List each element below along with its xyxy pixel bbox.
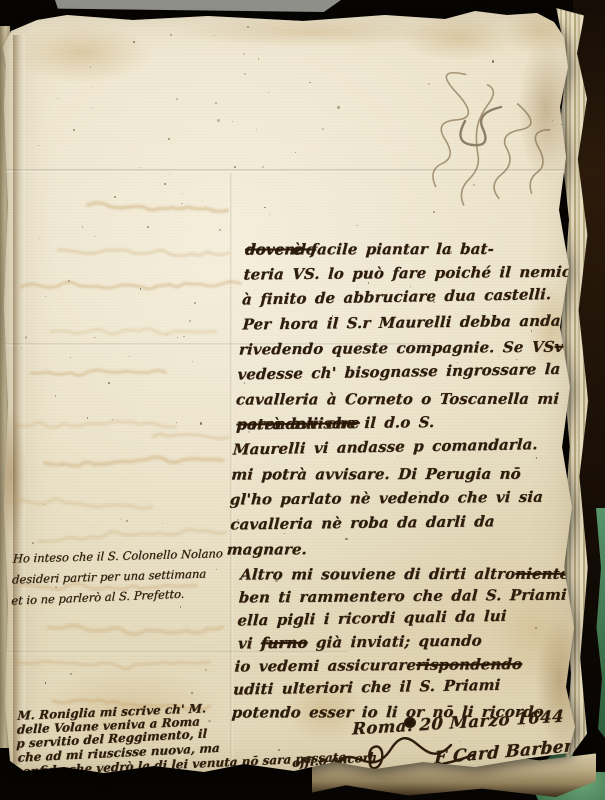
speckle: [140, 288, 142, 290]
speckle: [120, 519, 121, 520]
letter-body-paragraph-1: dovendo dove è facile piantar la bat-ter…: [226, 234, 592, 562]
speckle: [133, 41, 135, 43]
letter-page-wrap: dovendo dove è facile piantar la bat-ter…: [3, 5, 583, 777]
speckle: [62, 465, 63, 466]
speckle: [73, 129, 75, 131]
scanned-manuscript-photo: dovendo dove è facile piantar la bat-ter…: [0, 0, 605, 800]
speckle: [356, 225, 358, 227]
speckle: [164, 183, 166, 185]
speckle: [38, 145, 39, 146]
speckle: [552, 120, 553, 121]
speckle: [94, 337, 95, 338]
speckle: [180, 606, 182, 608]
speckle: [258, 58, 259, 59]
handwritten-line: vedesse ch' bisognasse ingrossare la: [237, 356, 585, 387]
speckle: [214, 35, 215, 36]
speckle: [295, 152, 296, 153]
speckle: [200, 422, 202, 424]
speckle: [428, 83, 430, 85]
speckle: [189, 320, 191, 322]
speckle: [191, 692, 193, 694]
speckle: [205, 669, 207, 671]
speckle: [70, 673, 72, 675]
speckle: [169, 174, 171, 176]
speckle: [177, 337, 178, 338]
speckle: [87, 417, 89, 419]
speckle: [114, 196, 116, 198]
speckle: [55, 395, 56, 396]
speckle: [90, 66, 91, 67]
speckle: [433, 211, 435, 213]
speckle: [108, 382, 110, 384]
letter-page: dovendo dove è facile piantar la bat-ter…: [3, 5, 583, 777]
speckle: [168, 138, 170, 140]
speckle: [217, 119, 220, 122]
speckle: [45, 682, 46, 683]
speckle: [32, 542, 34, 544]
speckle: [269, 214, 271, 216]
speckle: [92, 107, 93, 108]
speckle: [181, 203, 182, 204]
speckle: [215, 102, 217, 104]
speckle: [126, 520, 128, 522]
speckle: [264, 207, 266, 209]
speckle: [94, 236, 96, 238]
speckle: [202, 201, 203, 202]
speckle: [492, 60, 494, 62]
handwritten-line: magnare.: [226, 537, 574, 563]
speckle: [337, 106, 339, 108]
speckle: [219, 229, 221, 231]
handwritten-line: Maurelli vi andasse p comandarla.: [232, 431, 580, 462]
speckle: [176, 422, 177, 423]
speckle: [322, 128, 324, 130]
speckle: [262, 166, 264, 168]
handwritten-line: Altro mi souviene di dirti altro niente: [239, 563, 587, 587]
speckle: [309, 82, 311, 84]
speckle: [268, 92, 269, 93]
speckle: [176, 98, 178, 100]
speckle: [45, 296, 46, 297]
speckle: [247, 26, 249, 28]
speckle: [82, 226, 84, 228]
speckle: [232, 121, 233, 122]
speckle: [162, 523, 163, 524]
speckle: [25, 336, 27, 338]
handwritten-line: cavalleria nè roba da darli da: [230, 508, 578, 537]
speckle: [256, 129, 257, 130]
speckle: [194, 302, 196, 304]
speckle: [182, 193, 183, 194]
speckle: [234, 166, 236, 168]
handwritten-line: dovendo dove è facile piantar la bat-: [244, 237, 592, 263]
speckle: [21, 348, 22, 349]
margin-note: Ho inteso che il S. Colonello Nolanodesi…: [11, 541, 243, 611]
speckle: [139, 167, 140, 168]
speckle: [561, 124, 563, 126]
handwritten-line: à finito de abbruciare dua castelli.: [241, 281, 589, 312]
ink-blot: [404, 717, 416, 728]
speckle: [170, 34, 172, 36]
speckle: [183, 336, 185, 338]
speckle: [44, 504, 45, 505]
handwritten-line: Per hora il S.r Maurelli debba andare: [242, 308, 590, 337]
handwritten-line: mi potrà avvisare. Di Perugia nō: [230, 462, 578, 488]
speckle: [57, 98, 59, 100]
speckle: [70, 357, 71, 358]
speckle: [147, 226, 149, 228]
speckle: [192, 361, 193, 362]
speckle: [92, 86, 94, 88]
speckle: [473, 184, 475, 186]
speckle: [39, 238, 40, 239]
handwritten-line: vi furno furno già inviati; quando: [237, 628, 585, 655]
speckle: [129, 356, 130, 357]
speckle: [112, 419, 113, 420]
speckle: [244, 73, 246, 75]
speckle: [166, 334, 167, 335]
speckle: [68, 280, 70, 282]
speckle: [243, 53, 245, 55]
